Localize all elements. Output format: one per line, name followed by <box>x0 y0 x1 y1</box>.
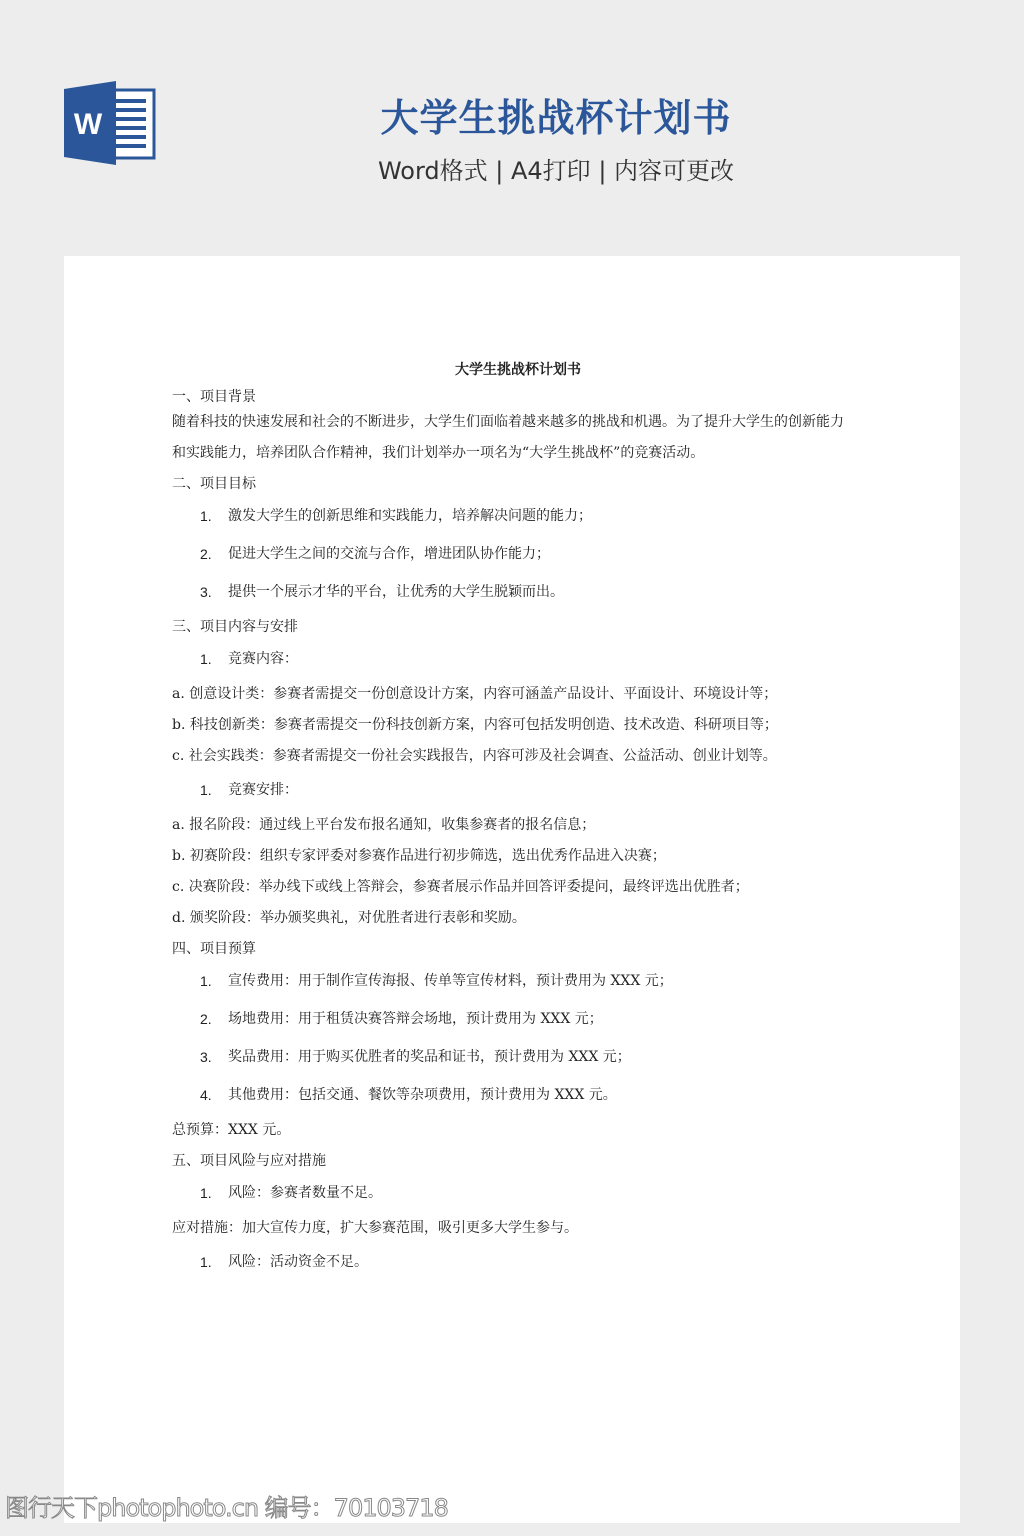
content-item: a. 创意设计类：参赛者需提交一份创意设计方案，内容可涵盖产品设计、平面设计、环… <box>172 679 844 710</box>
list-item: 3. 提供一个展示才华的平台，让优秀的大学生脱颖而出。 <box>172 574 844 612</box>
section-heading-risks: 五、项目风险与应对措施 <box>172 1151 844 1171</box>
list-text: 其他费用：包括交通、餐饮等杂项费用，预计费用为 XXX 元。 <box>228 1087 617 1103</box>
list-number: 1. <box>200 780 212 800</box>
schedule-item: b. 初赛阶段：组织专家评委对参赛作品进行初步筛选，选出优秀作品进入决赛； <box>172 841 844 872</box>
budget-total: 总预算：XXX 元。 <box>172 1115 844 1146</box>
list-number: 3. <box>200 582 212 602</box>
background-paragraph: 随着科技的快速发展和社会的不断进步，大学生们面临着越来越多的挑战和机遇。为了提升… <box>172 407 844 469</box>
list-item: 2. 场地费用：用于租赁决赛答辩会场地，预计费用为 XXX 元； <box>172 1001 844 1039</box>
list-text: 竞赛内容： <box>228 651 298 667</box>
watermark: 图行天下photophoto.cn 编号：70103718 <box>5 1493 448 1523</box>
list-number: 4. <box>200 1085 212 1105</box>
header-subtitle: Word格式 | A4打印 | 内容可更改 <box>300 154 812 188</box>
document-title: 大学生挑战杯计划书 <box>192 360 844 382</box>
svg-text:W: W <box>74 108 103 141</box>
list-item: 1. 激发大学生的创新思维和实践能力，培养解决问题的能力； <box>172 498 844 536</box>
list-text: 促进大学生之间的交流与合作，增进团队协作能力； <box>228 546 550 562</box>
list-item: 1. 风险：参赛者数量不足。 <box>172 1175 844 1213</box>
list-number: 2. <box>200 544 212 564</box>
list-text: 场地费用：用于租赁决赛答辩会场地，预计费用为 XXX 元； <box>228 1011 603 1027</box>
section-heading-goals: 二、项目目标 <box>172 474 844 494</box>
section-heading-budget: 四、项目预算 <box>172 939 844 959</box>
list-item: 1. 竞赛内容： <box>172 641 844 679</box>
word-icon: W <box>64 81 156 165</box>
list-item: 2. 促进大学生之间的交流与合作，增进团队协作能力； <box>172 536 844 574</box>
list-item: 3. 奖品费用：用于购买优胜者的奖品和证书，预计费用为 XXX 元； <box>172 1039 844 1077</box>
section-heading-content: 三、项目内容与安排 <box>172 617 844 637</box>
list-item: 1. 竞赛安排： <box>172 772 844 810</box>
list-text: 风险：活动资金不足。 <box>228 1254 368 1270</box>
list-item: 1. 风险：活动资金不足。 <box>172 1244 844 1282</box>
list-text: 奖品费用：用于购买优胜者的奖品和证书，预计费用为 XXX 元； <box>228 1049 631 1065</box>
schedule-item: d. 颁奖阶段：举办颁奖典礼，对优胜者进行表彰和奖励。 <box>172 903 844 934</box>
list-number: 1. <box>200 1183 212 1203</box>
list-text: 风险：参赛者数量不足。 <box>228 1185 382 1201</box>
list-number: 1. <box>200 506 212 526</box>
list-item: 4. 其他费用：包括交通、餐饮等杂项费用，预计费用为 XXX 元。 <box>172 1077 844 1115</box>
content-item: c. 社会实践类：参赛者需提交一份社会实践报告，内容可涉及社会调查、公益活动、创… <box>172 741 844 772</box>
document-body: 大学生挑战杯计划书 一、项目背景 随着科技的快速发展和社会的不断进步，大学生们面… <box>172 360 844 1282</box>
content-item: b. 科技创新类：参赛者需提交一份科技创新方案，内容可包括发明创造、技术改造、科… <box>172 710 844 741</box>
list-number: 1. <box>200 649 212 669</box>
risk-measure: 应对措施：加大宣传力度，扩大参赛范围，吸引更多大学生参与。 <box>172 1213 844 1244</box>
section-heading-background: 一、项目背景 <box>172 387 844 407</box>
schedule-item: c. 决赛阶段：举办线下或线上答辩会，参赛者展示作品并回答评委提问，最终评选出优… <box>172 872 844 903</box>
schedule-item: a. 报名阶段：通过线上平台发布报名通知，收集参赛者的报名信息； <box>172 810 844 841</box>
header-title: 大学生挑战杯计划书 <box>300 94 812 142</box>
list-text: 提供一个展示才华的平台，让优秀的大学生脱颖而出。 <box>228 584 564 600</box>
document-page: 大学生挑战杯计划书 一、项目背景 随着科技的快速发展和社会的不断进步，大学生们面… <box>64 256 960 1523</box>
list-number: 1. <box>200 1252 212 1272</box>
list-text: 激发大学生的创新思维和实践能力，培养解决问题的能力； <box>228 508 592 524</box>
list-item: 1. 宣传费用：用于制作宣传海报、传单等宣传材料，预计费用为 XXX 元； <box>172 963 844 1001</box>
list-number: 1. <box>200 971 212 991</box>
list-number: 3. <box>200 1047 212 1067</box>
list-text: 竞赛安排： <box>228 782 298 798</box>
list-text: 宣传费用：用于制作宣传海报、传单等宣传材料，预计费用为 XXX 元； <box>228 973 673 989</box>
list-number: 2. <box>200 1009 212 1029</box>
